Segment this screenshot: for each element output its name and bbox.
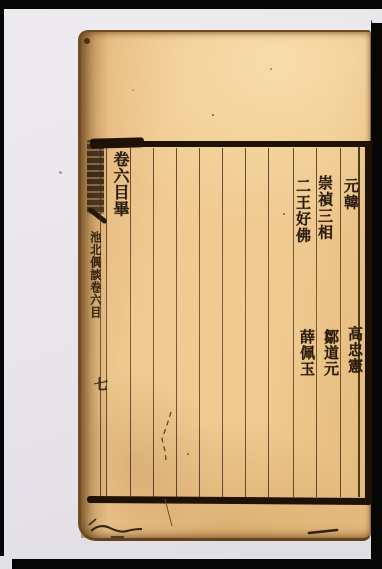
scan-border-bottom [12, 559, 382, 569]
scratch-mark [162, 412, 171, 460]
scan-border-left [0, 0, 4, 556]
ink-speck [283, 213, 285, 215]
column-rule [106, 148, 107, 497]
column-rule [222, 148, 223, 497]
scan-border-right [371, 9, 382, 569]
toc-entry: 二王好佛 [293, 178, 314, 244]
frame-border-smudge [90, 137, 144, 148]
column-rule [268, 148, 269, 497]
book-scan-photo: 卷六目畢 元韓 崇禎三相 二王好佛 高忠憲 鄒道元 薛佩玉 池北偶談卷六目 七 [0, 0, 382, 569]
toc-entry: 元韓 [341, 178, 362, 211]
spine-leaf-number: 七 [90, 377, 110, 391]
ink-speck [270, 68, 272, 70]
bottom-dash-mark [309, 530, 337, 533]
toc-entry: 鄒道元 [321, 329, 342, 377]
toc-entry: 崇禎三相 [315, 175, 336, 241]
frame-border-bottom [87, 496, 372, 505]
column-rule [199, 148, 200, 497]
ink-speck [212, 114, 214, 116]
volume-end-label: 卷六目畢 [109, 151, 132, 217]
scan-border-top [0, 0, 382, 9]
spine-ink-showthrough [87, 140, 104, 214]
toc-entry: 高忠憲 [345, 326, 366, 374]
ink-speck [132, 89, 134, 91]
wear-marks [81, 32, 374, 543]
column-rule [176, 148, 177, 497]
toc-entry: 薛佩玉 [297, 329, 318, 377]
column-rule [100, 148, 101, 497]
spine-title: 池北偶談卷六目 [88, 231, 104, 319]
book-page: 卷六目畢 元韓 崇禎三相 二王好佛 高忠憲 鄒道元 薛佩玉 池北偶談卷六目 七 [78, 30, 371, 541]
dust-speck [59, 171, 62, 174]
column-rule [153, 148, 154, 497]
ink-speck [187, 453, 189, 455]
frame-border-right-outer [365, 141, 372, 502]
column-rule [245, 148, 246, 497]
